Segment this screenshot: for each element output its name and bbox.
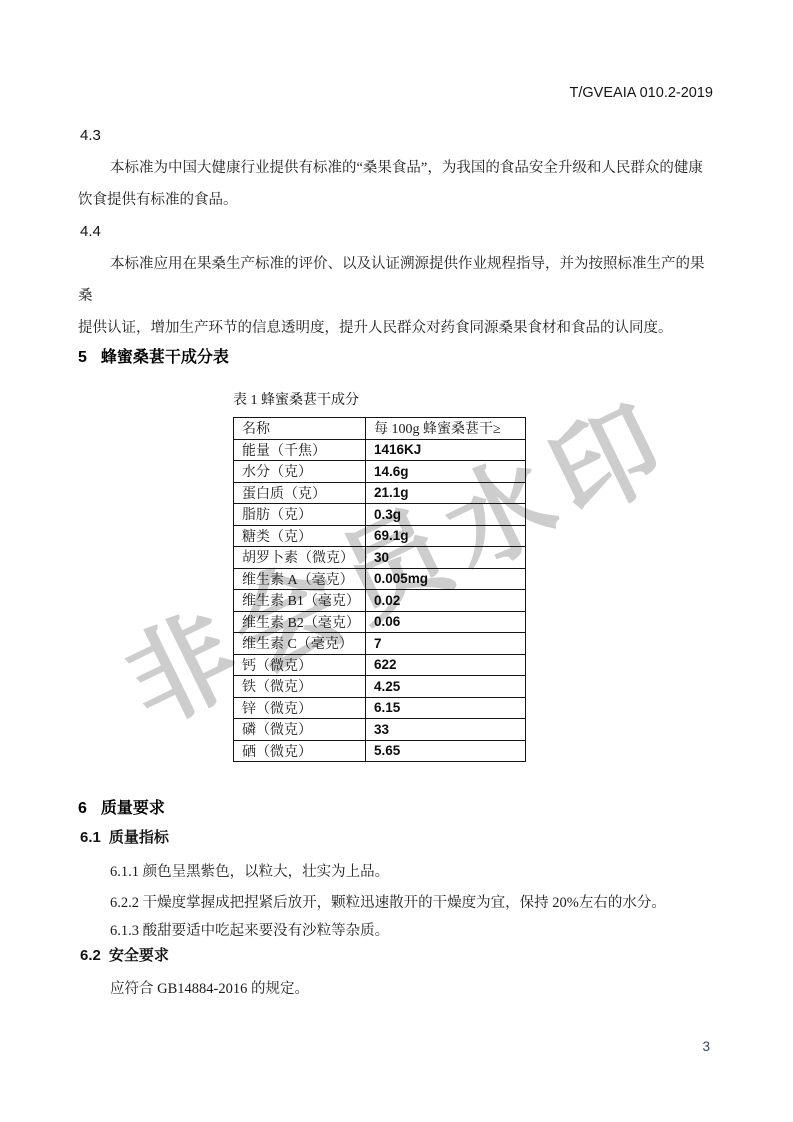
- section-4-3-number: 4.3: [80, 127, 101, 144]
- clause-6-1-1: 6.1.1 颜色呈黑紫色，以粒大，壮实为上品。: [110, 860, 720, 881]
- nutrient-name: 糖类（克）: [234, 525, 366, 547]
- nutrient-name: 能量（千焦）: [234, 439, 366, 461]
- section-6-heading: 6质量要求: [78, 795, 165, 818]
- table-row: 糖类（克）69.1g: [234, 525, 526, 547]
- table-row: 磷（微克）33: [234, 719, 526, 741]
- col-header-name: 名称: [234, 418, 366, 440]
- paragraph-line: 本标准应用在果桑生产标准的评价、以及认证溯源提供作业规程指导，并为按照标准生产的…: [78, 248, 718, 312]
- nutrient-value: 6.15: [366, 697, 526, 719]
- nutrient-value: 4.25: [366, 676, 526, 698]
- nutrient-name: 维生素 B2（毫克）: [234, 611, 366, 633]
- nutrient-value: 0.005mg: [366, 568, 526, 590]
- table-row: 胡罗卜素（微克）30: [234, 547, 526, 569]
- nutrient-name: 胡罗卜素（微克）: [234, 547, 366, 569]
- nutrient-name: 硒（微克）: [234, 740, 366, 762]
- nutrient-value: 0.02: [366, 590, 526, 612]
- nutrient-value: 30: [366, 547, 526, 569]
- section-4-4-number: 4.4: [80, 223, 101, 240]
- section-6-2-title: 安全要求: [109, 948, 169, 964]
- clause-6-1-3: 6.1.3 酸甜要适中吃起来要没有沙粒等杂质。: [110, 919, 720, 940]
- table-row: 能量（千焦）1416KJ: [234, 439, 526, 461]
- nutrient-value: 5.65: [366, 740, 526, 762]
- nutrient-value: 622: [366, 654, 526, 676]
- nutrient-value: 0.06: [366, 611, 526, 633]
- paragraph-4-4: 本标准应用在果桑生产标准的评价、以及认证溯源提供作业规程指导，并为按照标准生产的…: [78, 248, 718, 344]
- nutrition-table: 名称 每 100g 蜂蜜桑葚干≥ 能量（千焦）1416KJ水分（克）14.6g蛋…: [233, 417, 526, 762]
- nutrient-value: 33: [366, 719, 526, 741]
- clause-6-2-body: 应符合 GB14884-2016 的规定。: [110, 977, 720, 998]
- section-6-1-number: 6.1: [80, 829, 101, 846]
- nutrient-value: 1416KJ: [366, 439, 526, 461]
- table-row: 脂肪（克）0.3g: [234, 504, 526, 526]
- nutrient-name: 维生素 A（毫克）: [234, 568, 366, 590]
- table-header-row: 名称 每 100g 蜂蜜桑葚干≥: [234, 418, 526, 440]
- table-row: 维生素 A（毫克）0.005mg: [234, 568, 526, 590]
- nutrient-name: 磷（微克）: [234, 719, 366, 741]
- table-caption: 表 1 蜂蜜桑葚干成分: [233, 389, 359, 409]
- nutrient-value: 69.1g: [366, 525, 526, 547]
- section-6-1-title: 质量指标: [109, 830, 169, 846]
- nutrient-name: 钙（微克）: [234, 654, 366, 676]
- table-row: 蛋白质（克）21.1g: [234, 482, 526, 504]
- table-row: 维生素 B1（毫克）0.02: [234, 590, 526, 612]
- table-row: 维生素 B2（毫克）0.06: [234, 611, 526, 633]
- table-row: 硒（微克）5.65: [234, 740, 526, 762]
- nutrition-table-body: 能量（千焦）1416KJ水分（克）14.6g蛋白质（克）21.1g脂肪（克）0.…: [234, 439, 526, 762]
- table-row: 铁（微克）4.25: [234, 676, 526, 698]
- nutrient-name: 蛋白质（克）: [234, 482, 366, 504]
- section-5-title: 蜂蜜桑葚干成分表: [101, 349, 229, 366]
- standard-reference: T/GVEAIA 010.2-2019: [380, 85, 713, 101]
- nutrient-name: 铁（微克）: [234, 676, 366, 698]
- section-6-2-number: 6.2: [80, 947, 101, 964]
- table-row: 维生素 C（毫克）7: [234, 633, 526, 655]
- nutrient-value: 14.6g: [366, 461, 526, 483]
- paragraph-4-3: 本标准为中国大健康行业提供有标准的“桑果食品”，为我国的食品安全升级和人民群众的…: [78, 152, 718, 216]
- nutrient-name: 维生素 B1（毫克）: [234, 590, 366, 612]
- nutrient-name: 脂肪（克）: [234, 504, 366, 526]
- table-row: 水分（克）14.6g: [234, 461, 526, 483]
- section-6-2-heading: 6.2安全要求: [80, 944, 169, 965]
- clause-6-2-2: 6.2.2 干燥度掌握成把捏紧后放开，颗粒迅速散开的干燥度为宜，保持 20%左右…: [110, 891, 720, 912]
- section-5-number: 5: [78, 349, 87, 366]
- document-page: 非会员水印 T/GVEAIA 010.2-2019 4.3 本标准为中国大健康行…: [0, 0, 793, 1122]
- paragraph-line: 本标准为中国大健康行业提供有标准的“桑果食品”，为我国的食品安全升级和人民群众的…: [78, 152, 718, 184]
- col-header-value: 每 100g 蜂蜜桑葚干≥: [366, 418, 526, 440]
- section-6-title: 质量要求: [101, 800, 165, 817]
- nutrient-name: 维生素 C（毫克）: [234, 633, 366, 655]
- paragraph-line: 饮食提供有标准的食品。: [78, 184, 718, 216]
- nutrient-name: 水分（克）: [234, 461, 366, 483]
- nutrient-value: 7: [366, 633, 526, 655]
- section-6-1-heading: 6.1质量指标: [80, 826, 169, 847]
- section-6-number: 6: [78, 800, 87, 817]
- table-row: 锌（微克）6.15: [234, 697, 526, 719]
- section-5-heading: 5蜂蜜桑葚干成分表: [78, 344, 229, 367]
- nutrient-name: 锌（微克）: [234, 697, 366, 719]
- paragraph-line: 提供认证，增加生产环节的信息透明度，提升人民群众对药食同源桑果食材和食品的认同度…: [78, 312, 718, 344]
- table-row: 钙（微克）622: [234, 654, 526, 676]
- nutrient-value: 0.3g: [366, 504, 526, 526]
- nutrient-value: 21.1g: [366, 482, 526, 504]
- page-number: 3: [630, 1039, 710, 1054]
